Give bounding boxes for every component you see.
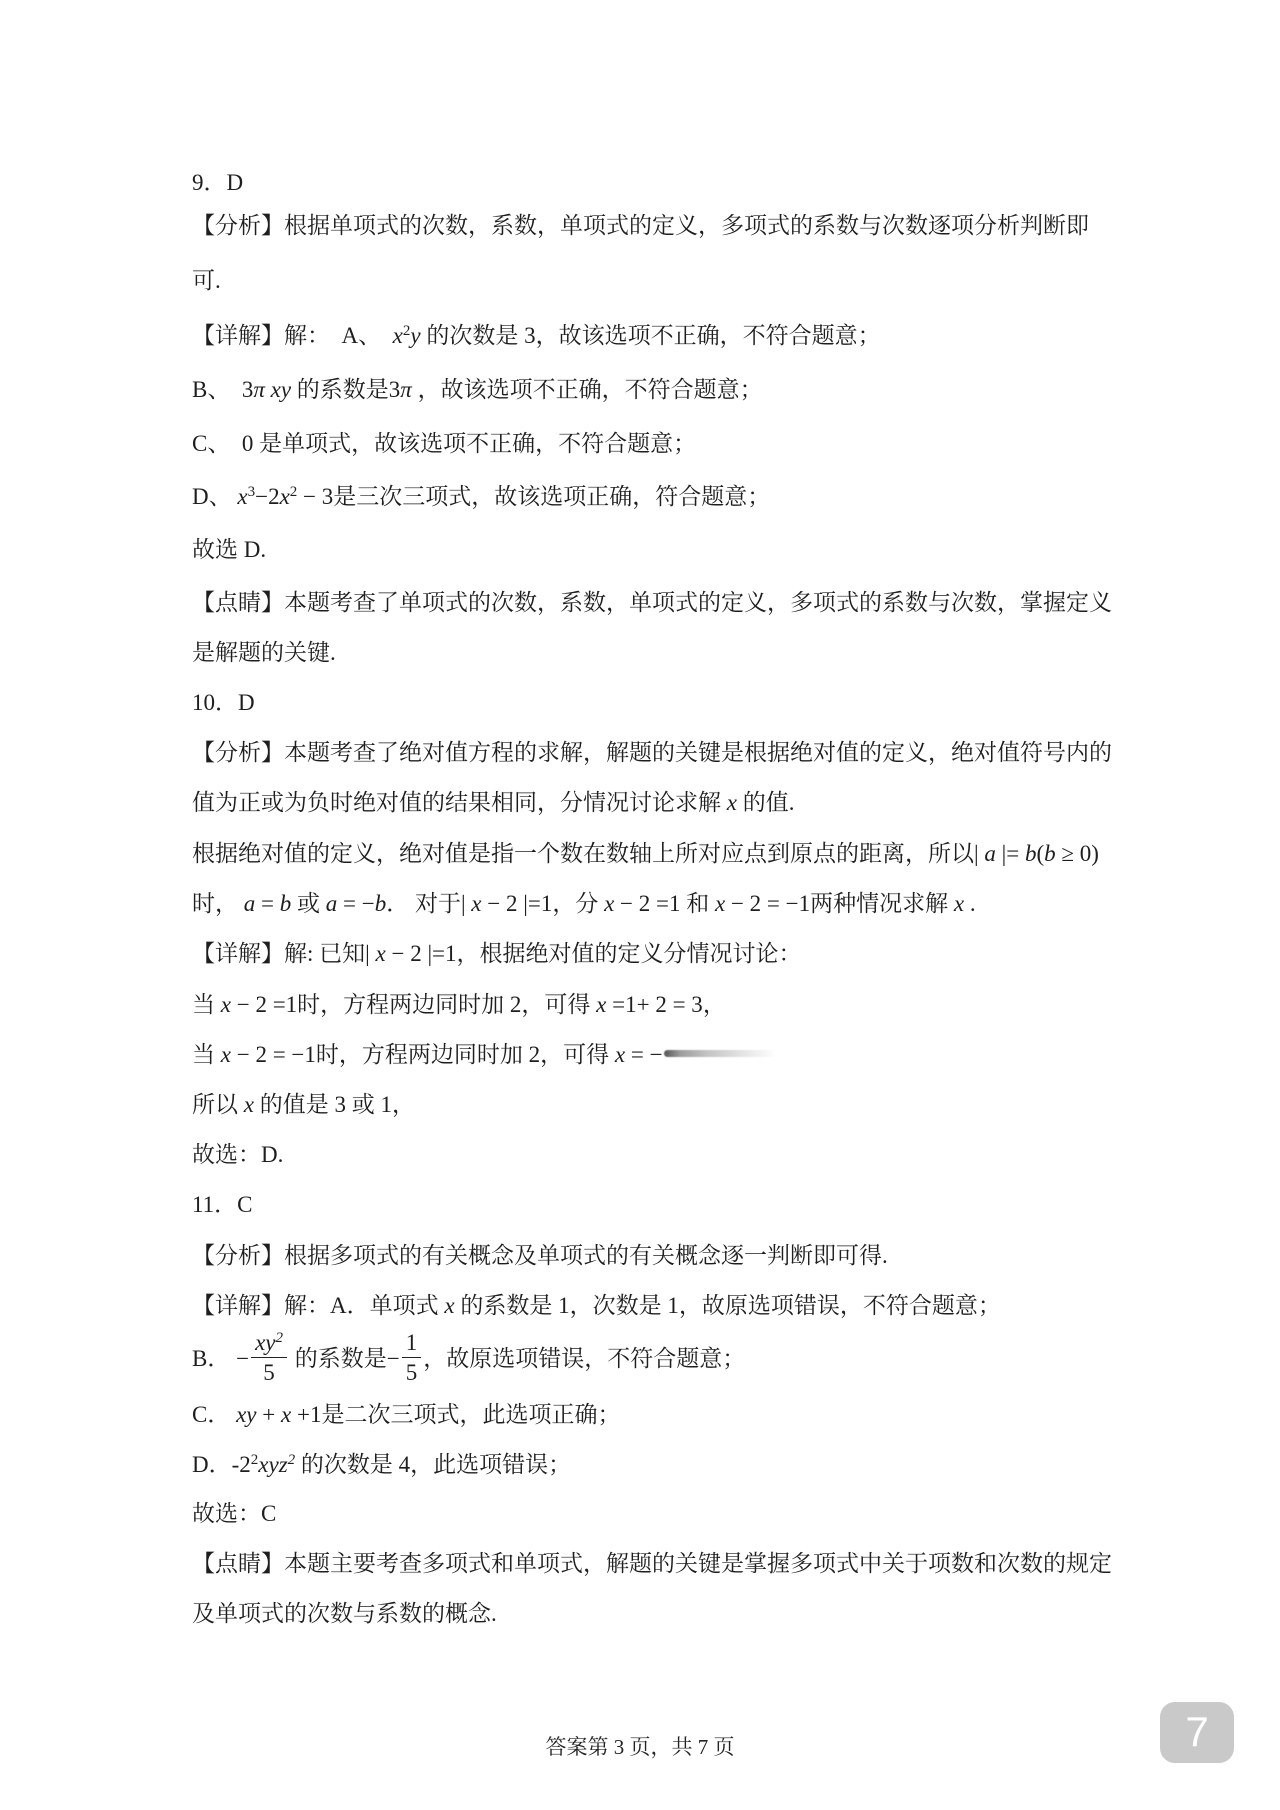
text-run: 【分析】根据多项式的有关概念及单项式的有关概念逐一判断即可得. bbox=[192, 1243, 888, 1268]
q10-conclusion: 故选：D. bbox=[192, 1140, 1102, 1170]
text-run: ，故该选项不正确，不符合题意； bbox=[412, 377, 763, 402]
q10-analysis-line-2: 值为正或为负时绝对值的结果相同，分情况讨论求解 x 的值. bbox=[192, 788, 1102, 818]
math-run: a bbox=[984, 841, 996, 866]
q9-answer: 9．D bbox=[192, 168, 1102, 198]
math-run: x bbox=[596, 992, 606, 1017]
math-run: π bbox=[400, 377, 412, 402]
math-run: xy bbox=[255, 1330, 275, 1355]
math-run: b bbox=[1025, 841, 1037, 866]
math-run: | bbox=[461, 891, 471, 916]
math-run: 5 bbox=[263, 1360, 275, 1385]
text-run: 是二次三项式，此选项正确； bbox=[321, 1402, 620, 1427]
text-run: 值为正或为负时绝对值的结果相同，分情况讨论求解 bbox=[192, 790, 721, 815]
math-run: − bbox=[387, 1346, 400, 1371]
text-run: 当 bbox=[192, 1042, 221, 1067]
math-run: 3 bbox=[389, 377, 401, 402]
math-run: ≥ 0) bbox=[1056, 841, 1099, 866]
q10-detail-line-4: 所以 x 的值是 3 或 1， bbox=[192, 1090, 1102, 1120]
math-run: ( bbox=[1036, 841, 1044, 866]
q11-remark-line-2: 及单项式的次数与系数的概念. bbox=[192, 1599, 1102, 1629]
text-run: 的次数是 3，故该选项不正确，不符合题意； bbox=[421, 323, 881, 348]
q9-detail-option-a: 【详解】解： A、 x2y 的次数是 3，故该选项不正确，不符合题意； bbox=[192, 321, 1102, 351]
q11-conclusion: 故选：C bbox=[192, 1499, 1102, 1529]
exponent: 2 bbox=[290, 484, 298, 500]
math-run: − 2 = −1 bbox=[231, 1042, 316, 1067]
math-run: +1 bbox=[291, 1402, 321, 1427]
math-run: − bbox=[236, 1346, 249, 1371]
math-run: − 2 =1 bbox=[231, 992, 297, 1017]
exponent: 2 bbox=[288, 1452, 296, 1468]
q9-detail-option-b: B、 3π xy 的系数是3π ，故该选项不正确，不符合题意； bbox=[192, 375, 1102, 405]
math-run: 5 bbox=[406, 1360, 418, 1385]
q11-detail-option-c: C． xy + x +1是二次三项式，此选项正确； bbox=[192, 1400, 1102, 1430]
text-run: C、 0 是单项式，故该选项不正确，不符合题意； bbox=[192, 431, 696, 456]
q11-remark-line-1: 【点睛】本题主要考查多项式和单项式，解题的关键是掌握多项式中关于项数和次数的规定 bbox=[192, 1549, 1102, 1579]
math-run: x bbox=[615, 1042, 625, 1067]
math-run: = − bbox=[625, 1042, 662, 1067]
text-run: 时， bbox=[192, 891, 244, 916]
math-run: x bbox=[237, 484, 247, 509]
page-footer: 答案第 3 页，共 7 页 bbox=[0, 1732, 1280, 1762]
text-run: 的次数是 4，此选项错误； bbox=[295, 1452, 571, 1477]
math-run: x bbox=[954, 891, 964, 916]
text-run: 【详解】解：A．单项式 bbox=[192, 1293, 444, 1318]
blurred-value bbox=[664, 1050, 776, 1057]
math-run: | bbox=[974, 841, 984, 866]
math-run: + bbox=[257, 1402, 281, 1427]
text-run: 时，方程两边同时加 2，可得 bbox=[316, 1042, 615, 1067]
math-run: x bbox=[604, 891, 614, 916]
q9-detail-option-c: C、 0 是单项式，故该选项不正确，不符合题意； bbox=[192, 429, 1102, 459]
math-run: −2 bbox=[255, 484, 279, 509]
text-run: 是三次三项式，故该选项正确，符合题意； bbox=[333, 484, 770, 509]
text-run: 和 bbox=[680, 891, 715, 916]
math-run: 3 bbox=[242, 377, 254, 402]
text-run: D． bbox=[192, 1452, 232, 1477]
math-run: x bbox=[221, 992, 231, 1017]
text-run: ， bbox=[703, 992, 726, 1017]
q10-detail-line-3: 当 x − 2 = −1时，方程两边同时加 2，可得 x = − bbox=[192, 1040, 1102, 1070]
math-run: x bbox=[244, 1092, 254, 1117]
text-run: 根据绝对值的定义，绝对值是指一个数在数轴上所对应点到原点的距离，所以 bbox=[192, 841, 974, 866]
q11-analysis: 【分析】根据多项式的有关概念及单项式的有关概念逐一判断即可得. bbox=[192, 1241, 1102, 1271]
math-run: − 2 |=1 bbox=[482, 891, 553, 916]
q9-conclusion: 故选 D. bbox=[192, 535, 1102, 565]
q10-detail-line-1: 【详解】解: 已知| x − 2 |=1，根据绝对值的定义分情况讨论： bbox=[192, 939, 1102, 969]
math-run: x bbox=[721, 790, 737, 815]
math-run: x bbox=[280, 484, 290, 509]
q11-detail-option-b: B． −xy25 的系数是−15，故原选项错误，不符合题意； bbox=[192, 1331, 1102, 1384]
math-run: y bbox=[410, 323, 420, 348]
text-run: 11．C bbox=[192, 1192, 253, 1217]
text-run: 故选：C bbox=[192, 1501, 276, 1526]
math-run: x bbox=[281, 1402, 291, 1427]
text-run: ． 对于 bbox=[386, 891, 461, 916]
math-run: x bbox=[444, 1293, 454, 1318]
math-run: -2 bbox=[232, 1452, 251, 1477]
text-run: B、 bbox=[192, 377, 242, 402]
text-run: 当 bbox=[192, 992, 221, 1017]
text-run: 9．D bbox=[192, 170, 243, 195]
q10-analysis-line-4: 时， a = b 或 a = −b． 对于| x − 2 |=1，分 x − 2… bbox=[192, 889, 1102, 919]
text-run: 可. bbox=[192, 268, 221, 293]
math-run: = − bbox=[337, 891, 374, 916]
math-run: x bbox=[715, 891, 725, 916]
text-run: . bbox=[964, 891, 976, 916]
q11-answer: 11．C bbox=[192, 1190, 1102, 1220]
document-body: 9．D【分析】根据单项式的次数，系数，单项式的定义，多项式的系数与次数逐项分析判… bbox=[192, 168, 1102, 1629]
math-run: − 2 = −1 bbox=[725, 891, 810, 916]
text-run: 时，方程两边同时加 2，可得 bbox=[297, 992, 596, 1017]
math-run: | bbox=[365, 941, 375, 966]
math-run: − 2 |=1 bbox=[386, 941, 457, 966]
math-run: =1+ 2 = 3 bbox=[606, 992, 702, 1017]
q10-detail-line-2: 当 x − 2 =1时，方程两边同时加 2，可得 x =1+ 2 = 3， bbox=[192, 990, 1102, 1020]
text-run: C． bbox=[192, 1402, 236, 1427]
q11-detail-option-a: 【详解】解：A．单项式 x 的系数是 1，次数是 1，故原选项错误，不符合题意； bbox=[192, 1291, 1102, 1321]
fraction: xy25 bbox=[251, 1331, 287, 1384]
exponent: 2 bbox=[251, 1452, 259, 1468]
math-run: b bbox=[1044, 841, 1056, 866]
q9-remark-line-2: 是解题的关键. bbox=[192, 638, 1102, 668]
page-indicator-label: 7 bbox=[1185, 1708, 1208, 1755]
text-run: 或 bbox=[291, 891, 326, 916]
q10-analysis-line-1: 【分析】本题考查了绝对值方程的求解，解题的关键是根据绝对值的定义，绝对值符号内的 bbox=[192, 738, 1102, 768]
text-run: 的系数是 1，次数是 1，故原选项错误，不符合题意； bbox=[455, 1293, 1001, 1318]
exponent: 3 bbox=[248, 484, 256, 500]
q10-answer: 10．D bbox=[192, 688, 1102, 718]
q9-detail-option-d: D、 x3−2x2 − 3是三次三项式，故该选项正确，符合题意； bbox=[192, 482, 1102, 512]
page: { "page": { "footer_text": "答案第 3 页，共 7 … bbox=[0, 0, 1280, 1810]
text-run: ，根据绝对值的定义分情况讨论： bbox=[457, 941, 802, 966]
math-run: = bbox=[255, 891, 279, 916]
math-run: x bbox=[376, 941, 386, 966]
math-run: xy bbox=[236, 1402, 256, 1427]
fraction: 15 bbox=[402, 1331, 422, 1384]
text-run: ，故原选项错误，不符合题意； bbox=[423, 1346, 745, 1371]
math-run: b bbox=[375, 891, 387, 916]
math-run: π xy bbox=[253, 377, 291, 402]
text-run: 【详解】解： A、 bbox=[192, 323, 393, 348]
exponent: 2 bbox=[276, 1330, 284, 1346]
text-run: 故选 D. bbox=[192, 537, 266, 562]
text-run: 的系数是 bbox=[289, 1346, 387, 1371]
q9-remark-line-1: 【点睛】本题考查了单项式的次数，系数，单项式的定义，多项式的系数与次数，掌握定义 bbox=[192, 588, 1102, 618]
q9-analysis-line-2: 可. bbox=[192, 266, 1102, 296]
text-run: B． bbox=[192, 1346, 236, 1371]
math-run: x bbox=[471, 891, 481, 916]
text-run: 【点睛】本题主要考查多项式和单项式，解题的关键是掌握多项式中关于项数和次数的规定 bbox=[192, 1551, 1112, 1576]
text-run: 的系数是 bbox=[291, 377, 389, 402]
q10-analysis-line-3: 根据绝对值的定义，绝对值是指一个数在数轴上所对应点到原点的距离，所以| a |=… bbox=[192, 839, 1102, 869]
exponent: 2 bbox=[403, 323, 411, 339]
text-run: D、 bbox=[192, 484, 237, 509]
math-run: x bbox=[221, 1042, 231, 1067]
text-run: 【分析】本题考查了绝对值方程的求解，解题的关键是根据绝对值的定义，绝对值符号内的 bbox=[192, 740, 1112, 765]
math-run: a bbox=[326, 891, 338, 916]
math-run: b bbox=[280, 891, 292, 916]
text-run: 【详解】解: 已知 bbox=[192, 941, 365, 966]
text-run: 的值. bbox=[737, 790, 795, 815]
text-run: 【点睛】本题考查了单项式的次数，系数，单项式的定义，多项式的系数与次数，掌握定义 bbox=[192, 590, 1112, 615]
math-run: x bbox=[393, 323, 403, 348]
math-run: 1 bbox=[406, 1330, 418, 1355]
text-run: 两种情况求解 bbox=[810, 891, 954, 916]
text-run: 【分析】根据单项式的次数，系数，单项式的定义，多项式的系数与次数逐项分析判断即 bbox=[192, 213, 1089, 238]
q9-analysis-line-1: 【分析】根据单项式的次数，系数，单项式的定义，多项式的系数与次数逐项分析判断即 bbox=[192, 211, 1102, 241]
math-run: − 3 bbox=[297, 484, 333, 509]
text-run: 所以 bbox=[192, 1092, 244, 1117]
math-run: a bbox=[244, 891, 256, 916]
text-run: 及单项式的次数与系数的概念. bbox=[192, 1601, 497, 1626]
q11-detail-option-d: D．-22xyz2 的次数是 4，此选项错误； bbox=[192, 1450, 1102, 1480]
text-run: 的值是 3 或 1， bbox=[254, 1092, 415, 1117]
math-run: xyz bbox=[258, 1452, 287, 1477]
math-run: |= bbox=[996, 841, 1025, 866]
text-run: 故选：D. bbox=[192, 1142, 283, 1167]
math-run: − 2 =1 bbox=[614, 891, 680, 916]
text-run: 是解题的关键. bbox=[192, 640, 336, 665]
page-indicator-badge[interactable]: 7 bbox=[1160, 1702, 1234, 1763]
text-run: 10．D bbox=[192, 690, 255, 715]
text-run: ，分 bbox=[552, 891, 604, 916]
